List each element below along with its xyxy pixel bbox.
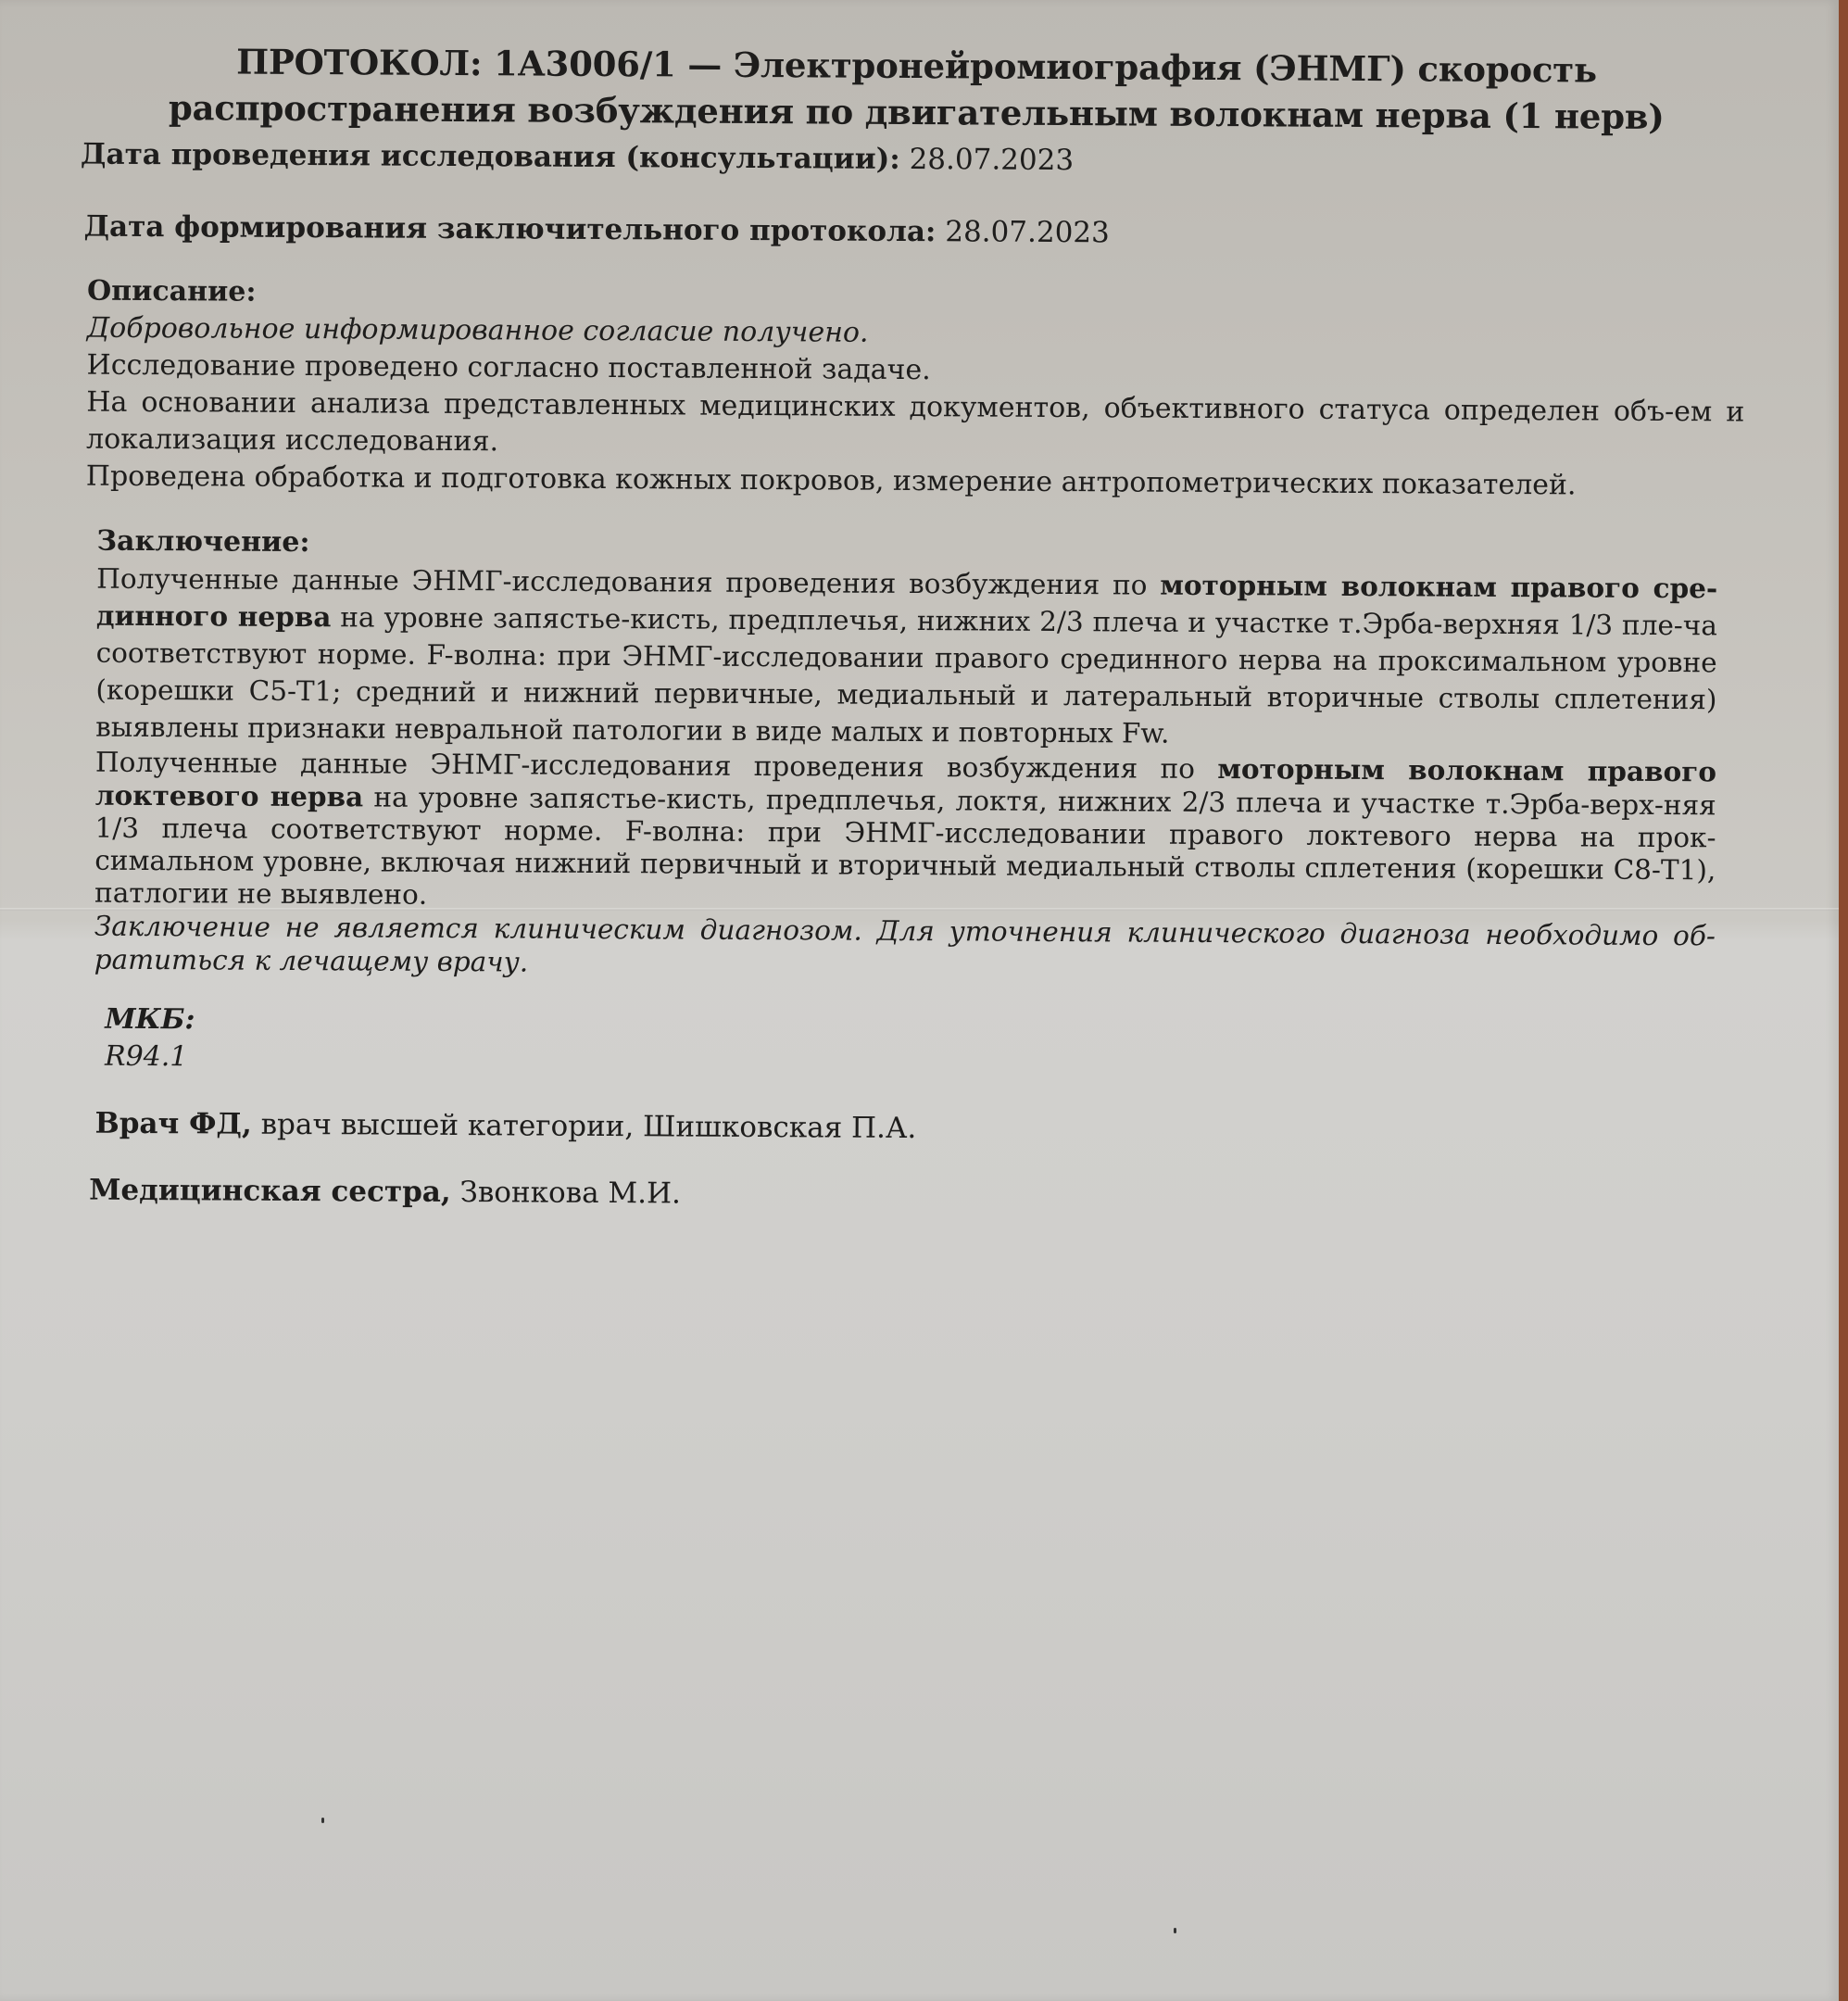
nurse-signature: Медицинская сестра, Звонкова М.И.: [89, 1174, 681, 1211]
description-line: На основании анализа представленных меди…: [86, 384, 1744, 469]
paper-speck: [1174, 1928, 1176, 1933]
nurse-role: Медицинская сестра,: [89, 1174, 451, 1209]
nurse-details: Звонкова М.И.: [451, 1176, 681, 1211]
conclusion-section: Заключение: Полученные данные ЭНМГ-иссле…: [94, 523, 1718, 987]
protocol-date-label: Дата формирования заключительного проток…: [83, 210, 936, 249]
paragraph-text: на уровне запястье-кисть, предплечья, ни…: [95, 601, 1717, 749]
study-date-label: Дата проведения исследования (консультац…: [81, 138, 900, 176]
protocol-date: Дата формирования заключительного проток…: [83, 210, 1110, 250]
study-date: Дата проведения исследования (консультац…: [81, 138, 1074, 178]
paper-sheet: ПРОТОКОЛ: 1А3006/1 — Электронейромиограф…: [0, 0, 1839, 2001]
description-section: Описание: Добровольное информированное с…: [86, 273, 1754, 506]
document-title: ПРОТОКОЛ: 1А3006/1 — Электронейромиограф…: [138, 38, 1695, 140]
title-line-2: распространения возбуждения по двигатель…: [138, 84, 1694, 140]
doctor-details: врач высшей категории, Шишковская П.А.: [252, 1108, 917, 1145]
doctor-signature: Врач ФД, врач высшей категории, Шишковск…: [94, 1107, 916, 1145]
protocol-date-value: 28.07.2023: [945, 215, 1110, 249]
paper-speck: [321, 1818, 324, 1823]
protocol-document: ПРОТОКОЛ: 1А3006/1 — Электронейромиограф…: [0, 0, 1839, 11]
conclusion-paragraph-median-nerve: Полученные данные ЭНМГ-исследования пров…: [95, 560, 1717, 756]
doctor-role: Врач ФД,: [94, 1107, 251, 1141]
study-date-value: 28.07.2023: [910, 143, 1075, 177]
icd-section: МКБ: R94.1: [105, 1001, 1772, 1086]
paragraph-text: Полученные данные ЭНМГ-исследования пров…: [96, 563, 1160, 601]
conclusion-paragraph-ulnar-nerve: Полученные данные ЭНМГ-исследования пров…: [94, 746, 1716, 920]
conclusion-disclaimer: Заключение не является клиническим диагн…: [94, 910, 1716, 987]
